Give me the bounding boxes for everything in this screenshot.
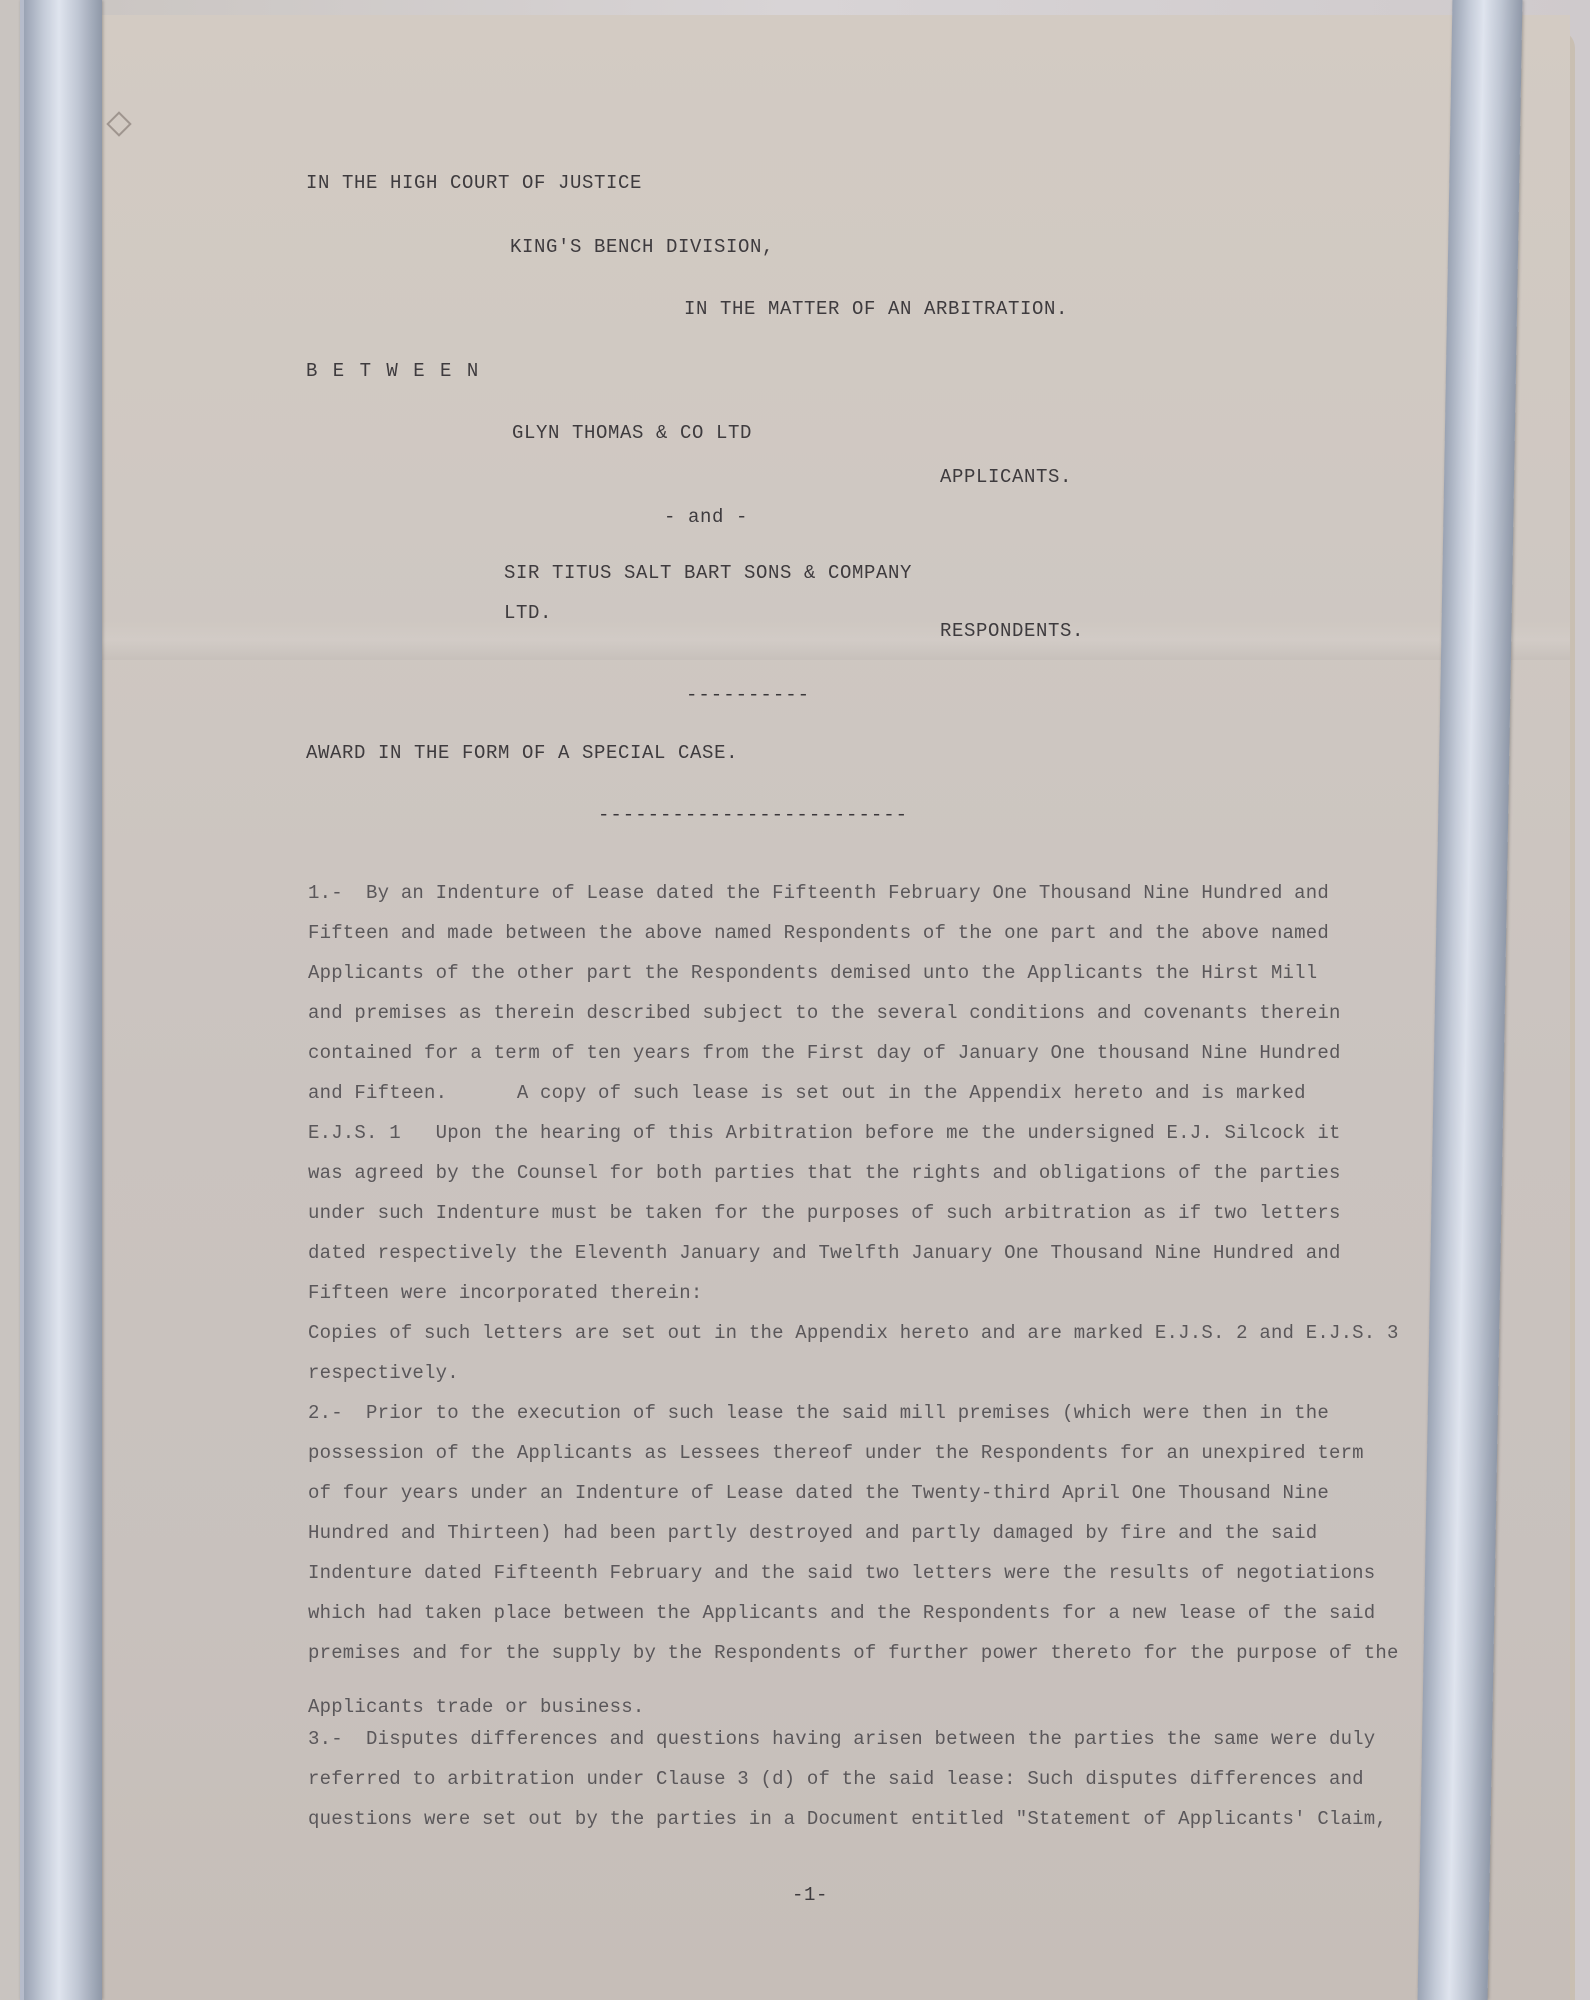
body-line: E.J.S. 1 Upon the hearing of this Arbitr…	[308, 1122, 1341, 1144]
body-line: 3.- Disputes differences and questions h…	[308, 1728, 1375, 1750]
body-line: Indenture dated Fifteenth February and t…	[308, 1562, 1375, 1584]
typed-document: IN THE HIGH COURT OF JUSTICE KING'S BENC…	[0, 0, 1590, 2000]
applicant-name: GLYN THOMAS & CO LTD	[512, 422, 752, 444]
body-line: 2.- Prior to the execution of such lease…	[308, 1402, 1329, 1424]
matter-heading: IN THE MATTER OF AN ARBITRATION.	[684, 298, 1068, 320]
body-line: Hundred and Thirteen) had been partly de…	[308, 1522, 1317, 1544]
body-line: dated respectively the Eleventh January …	[308, 1242, 1341, 1264]
award-title: AWARD IN THE FORM OF A SPECIAL CASE.	[306, 742, 738, 764]
body-line: which had taken place between the Applic…	[308, 1602, 1375, 1624]
applicant-role: APPLICANTS.	[940, 466, 1072, 488]
and-separator: - and -	[664, 506, 748, 528]
court-heading: IN THE HIGH COURT OF JUSTICE	[306, 172, 642, 194]
between-label: B E T W E E N	[306, 360, 480, 382]
body-line: Applicants trade or business.	[308, 1696, 644, 1718]
body-line: questions were set out by the parties in…	[308, 1808, 1387, 1830]
body-line: and Fifteen. A copy of such lease is set…	[308, 1082, 1306, 1104]
body-line: premises and for the supply by the Respo…	[308, 1642, 1399, 1664]
body-line: possession of the Applicants as Lessees …	[308, 1442, 1364, 1464]
binding-ribbon-left	[20, 0, 102, 2000]
separator-short: ----------	[686, 684, 810, 706]
respondent-role: RESPONDENTS.	[940, 620, 1084, 642]
division-heading: KING'S BENCH DIVISION,	[510, 236, 774, 258]
body-line: Copies of such letters are set out in th…	[308, 1322, 1399, 1344]
body-line: contained for a term of ten years from t…	[308, 1042, 1341, 1064]
separator-long: -------------------------	[598, 804, 908, 826]
body-line: Fifteen were incorporated therein:	[308, 1282, 702, 1304]
body-line: Fifteen and made between the above named…	[308, 922, 1329, 944]
body-line: and premises as therein described subjec…	[308, 1002, 1341, 1024]
body-line: referred to arbitration under Clause 3 (…	[308, 1768, 1364, 1790]
respondent-name-line1: SIR TITUS SALT BART SONS & COMPANY	[504, 562, 912, 584]
respondent-name-line2: LTD.	[504, 602, 552, 624]
body-line: under such Indenture must be taken for t…	[308, 1202, 1341, 1224]
body-line: 1.- By an Indenture of Lease dated the F…	[308, 882, 1329, 904]
body-line: was agreed by the Counsel for both parti…	[308, 1162, 1341, 1184]
body-line: respectively.	[308, 1362, 459, 1384]
body-line: of four years under an Indenture of Leas…	[308, 1482, 1329, 1504]
body-line: Applicants of the other part the Respond…	[308, 962, 1317, 984]
page-number: -1-	[792, 1884, 828, 1906]
